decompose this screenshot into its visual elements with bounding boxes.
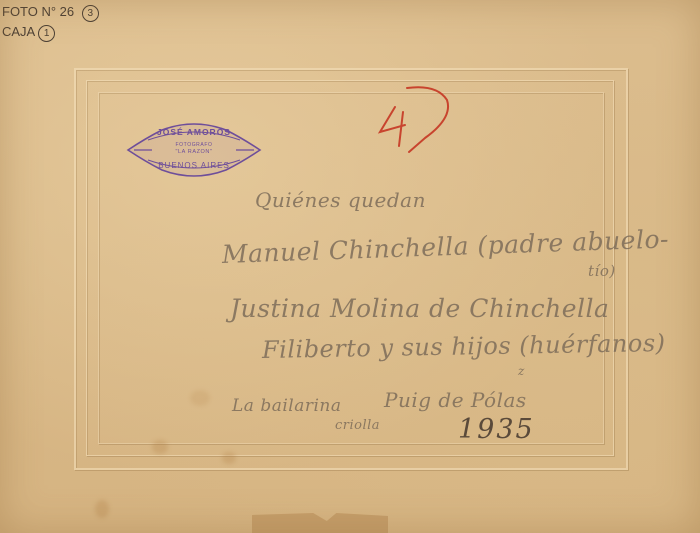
stain xyxy=(190,390,210,406)
stamp-city: BUENOS AIRES xyxy=(126,161,262,170)
torn-tape-remnant xyxy=(252,513,388,533)
inscription-signature: Puig de Pólas xyxy=(384,388,527,412)
box-text: CAJA xyxy=(2,24,35,39)
photo-number: FOTO N° 26 xyxy=(2,4,74,19)
inscription-line-3: Justina Molina de Chinchella xyxy=(230,294,609,323)
inscription-year: 1935 xyxy=(458,414,535,445)
stamp-name: JOSÉ AMORÓS xyxy=(126,127,262,137)
photo-circled-number: 3 xyxy=(82,5,99,22)
photo-card-back: FOTO N° 26 3 CAJA 1 JOSÉ AMORÓS FOTOGRAF… xyxy=(0,0,700,533)
stain xyxy=(152,440,168,454)
inscription-line-4-mark: z xyxy=(518,364,525,378)
inscription-line-2-continued: tío) xyxy=(588,262,616,280)
stain xyxy=(95,500,109,518)
photographer-stamp: JOSÉ AMORÓS FOTOGRAFO "LA RAZON" BUENOS … xyxy=(126,120,262,180)
red-four-mark-icon xyxy=(375,80,455,155)
box-circled-number: 1 xyxy=(38,25,55,42)
archive-label: FOTO N° 26 3 xyxy=(2,4,99,22)
stain xyxy=(222,452,236,464)
red-pencil-number: 4 xyxy=(375,80,455,155)
inscription-line-1: Quiénes quedan xyxy=(255,188,426,212)
box-label: CAJA 1 xyxy=(2,24,55,42)
inscription-line-5-sub: criolla xyxy=(335,418,380,433)
inscription-line-5: La bailarina xyxy=(232,396,342,416)
stamp-studio: "LA RAZON" xyxy=(126,149,262,155)
stamp-role: FOTOGRAFO xyxy=(126,142,262,148)
